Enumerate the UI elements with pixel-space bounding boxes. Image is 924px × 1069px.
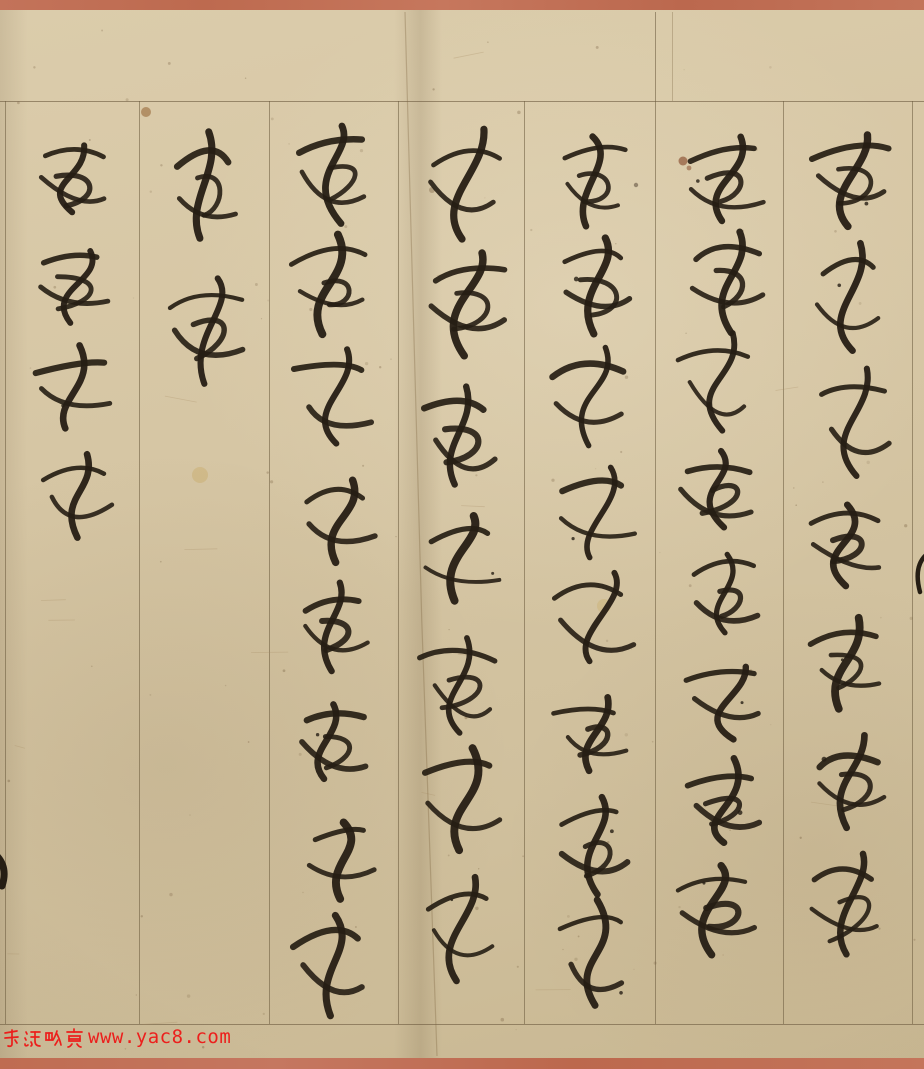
- calligraphy-scroll: 陽月南飛鴈傳聞 至此迴我行殊未已 何日復歸來江靜潮 初落林昏瘴不開 明朝望鄉處應…: [0, 0, 924, 1069]
- paper-seam-line: [405, 12, 437, 1056]
- watermark: 书法欣赏 www.yac8.com: [2, 1021, 231, 1049]
- column-glyphs-4: [420, 129, 505, 981]
- ink-layer: [0, 0, 924, 1069]
- column-glyphs-6: [170, 132, 243, 384]
- column-glyphs-3: [552, 137, 634, 1006]
- column-glyphs-7: [36, 145, 112, 537]
- cjk-glyph-icon: [23, 1028, 42, 1049]
- column-glyphs-2: [678, 137, 764, 955]
- column-glyphs-1: [810, 135, 889, 954]
- watermark-url: www.yac8.com: [88, 1025, 231, 1049]
- cjk-glyph-icon: [65, 1028, 84, 1049]
- cjk-glyph-icon: [2, 1028, 21, 1049]
- cjk-glyph-icon: [44, 1028, 63, 1049]
- mount-border-bottom: [0, 1058, 924, 1069]
- watermark-chinese-glyphs: 书法欣赏: [2, 1028, 86, 1049]
- mount-border-top: [0, 0, 924, 10]
- column-glyphs-5: [291, 126, 375, 1016]
- partial-edge-strokes: [0, 554, 924, 886]
